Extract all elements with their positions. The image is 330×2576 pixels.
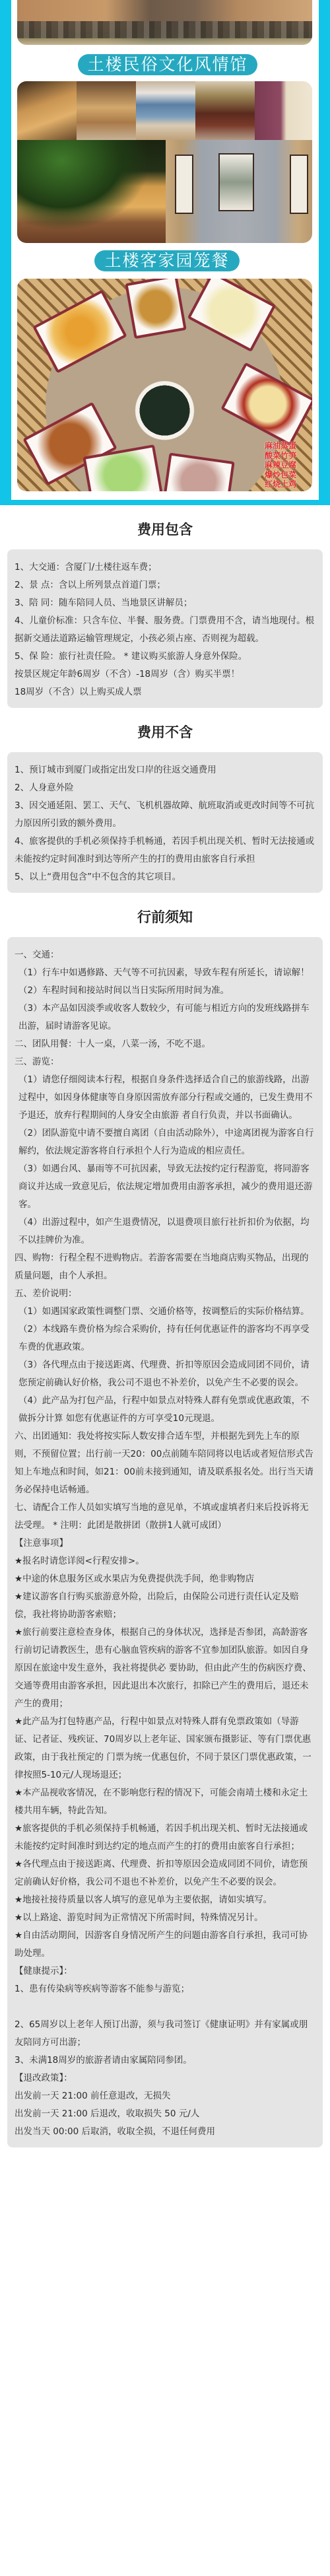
fee-included-item: 18周岁（不含）以上购买成人票 xyxy=(15,683,316,701)
notice-star-item: ★自由活动期间，因游客自身情况所产生的问题由游客自行承担，我司可协助处理。 xyxy=(15,1927,316,1963)
notice-star-item: ★报名时请您详阅<行程安排>。 xyxy=(15,1552,316,1570)
fee-included-section: 费用包含 1、大交通：含厦门/土楼往返车费； 2、景 点：含以上所列景点首道门票… xyxy=(0,518,330,708)
notice-heading: 七、请配合工作人员如实填写当地的意见单，不填或虚填者归来后投诉将无法受理。 * … xyxy=(15,1499,316,1535)
fee-excluded-item: 1、预订城市到厦门或指定出发口岸的往返交通费用 xyxy=(15,761,316,779)
menu-tag: 麻辣豆腐 xyxy=(265,460,296,470)
notice-star-item: ★本产品视收客情况，在不影响您行程的情况下，可能会南靖土楼和永定土楼共用车辆，特… xyxy=(15,1784,316,1820)
calligraphy-scroll xyxy=(175,155,193,214)
health-tip-item: 3、未满18周岁的旅游者请由家属陪同参团。 xyxy=(15,2052,316,2070)
fee-excluded-card: 1、预订城市到厦门或指定出发口岸的往返交通费用 2、人身意外险 3、因交通延阻、… xyxy=(7,752,323,893)
dish-egg xyxy=(220,363,312,446)
fee-included-item: 1、大交通：含厦门/土楼往返车费； xyxy=(15,559,316,576)
health-tip-item: 1、患有传染病等疾病等游客不能参与游览； xyxy=(15,1980,316,1998)
fee-included-item: 4、儿童价标准：只含车位、半餐、服务费。门票费用不含，请当地现付。根据新交通法道… xyxy=(15,612,316,648)
museum-photo-1 xyxy=(17,81,77,140)
menu-tag: 酸菜竹笋 xyxy=(265,451,296,461)
notice-heading: 四、购物：行程全程不进购物店。若游客需要在当地商店购买物品，出现的质量问题，由个… xyxy=(15,1249,316,1285)
refund-policy-item: 出发前一天 21:00 前任意退改，无损失 xyxy=(15,2087,316,2105)
museum-photo-5 xyxy=(255,81,312,140)
health-tip-item: 2、65周岁以上老年人预订出游，须与我司签订《健康证明》并有家属或朋友陪同方可出… xyxy=(15,2016,316,2052)
notice-star-item: ★旅行前要注意检查身体，根据自己的身体状况，选择是否参团，高龄游客行前切记请教医… xyxy=(15,1624,316,1713)
fee-included-card: 1、大交通：含厦门/土楼往返车费； 2、景 点：含以上所列景点首道门票； 3、陪… xyxy=(7,549,323,708)
fee-excluded-item: 2、人身意外险 xyxy=(15,779,316,797)
museum-photo-7 xyxy=(166,140,312,243)
menu-tags: 麻油蒸蛋 酸菜竹笋 麻辣豆腐 爆炒包菜 红烧土鸡 xyxy=(265,441,296,489)
museum-photo-6 xyxy=(17,140,166,243)
notice-heading: 二、团队用餐：十人一桌，八菜一汤，不吃不退。 xyxy=(15,1035,316,1053)
notice-subheading: 【健康提示】： xyxy=(15,1963,316,1980)
dish-meat xyxy=(162,452,234,491)
banner-meal: 土楼客家园笼餐 xyxy=(94,250,240,271)
notice-item: （2）车程时间和接站时间以当日实际所用时间为准。 xyxy=(15,982,316,1000)
notice-card: 一、交通： （1）行车中如遇修路、天气等不可抗因素，导致车程有所延长，请谅解！ … xyxy=(7,937,323,2147)
fee-excluded-item: 3、因交通延阻、罢工、天气、飞机机器故障、航班取消或更改时间等不可抗力原因所引致… xyxy=(15,797,316,833)
notice-item: （2）团队游览中请不要擅自离团（自由活动除外），中途离团视为游客自行解约，依法规… xyxy=(15,1125,316,1160)
landscape-painting xyxy=(218,153,254,211)
section-title-fee-excluded: 费用不含 xyxy=(0,721,330,744)
menu-tag: 麻油蒸蛋 xyxy=(265,441,296,451)
notice-item: （1）行车中如遇修路、天气等不可抗因素，导致车程有所延长，请谅解！ xyxy=(15,964,316,982)
fee-included-item: 按景区规定年龄6周岁（不含）-18周岁（含）购买半票！ xyxy=(15,666,316,683)
notice-subheading: 【退改政策】： xyxy=(15,2070,316,2087)
blank-line xyxy=(15,1998,316,2016)
fee-included-item: 3、陪 同：随车陪同人员、当地景区讲解员； xyxy=(15,594,316,612)
fee-excluded-item: 5、以上“费用包含”中不包含的其它项目。 xyxy=(15,868,316,886)
dish-tofu xyxy=(32,290,127,374)
notice-star-item: ★旅客提供的手机必须保持手机畅通，若因手机出现关机、暂时无法接通或未能按约定时间… xyxy=(15,1820,316,1856)
tulou-photo xyxy=(17,0,312,45)
notice-item: （4）此产品为打包产品，行程中如景点对特殊人群有免票或优惠政策，不做拆分计算 如… xyxy=(15,1392,316,1428)
fee-excluded-section: 费用不含 1、预订城市到厦门或指定出发口岸的往返交通费用 2、人身意外险 3、因… xyxy=(0,721,330,893)
notice-item: （4）出游过程中，如产生退费情况，以退费项目旅行社折扣价为依据，均不以挂牌价为准… xyxy=(15,1214,316,1249)
notice-heading: 六、出团通知：我处将按实际人数安排合适车型，并根据先到先上车的原则，不预留位置；… xyxy=(15,1428,316,1499)
stone-wall-image xyxy=(17,21,312,38)
museum-photo-4 xyxy=(195,81,255,140)
bottom-spacer xyxy=(0,2147,330,2167)
dish-fish xyxy=(125,279,187,339)
notice-item: （1）请您仔细阅读本行程，根据自身条件选择适合自己的旅游线路，出游过程中，如因身… xyxy=(15,1071,316,1125)
section-title-fee-included: 费用包含 xyxy=(0,518,330,541)
notice-item: （3）各代理点由于接送距离、代理费、折扣等原因会造成同团不同价，请您预定前确认好… xyxy=(15,1356,316,1392)
notice-heading: 一、交通： xyxy=(15,946,316,964)
notice-item: （3）本产品如因淡季或收客人数较少，有可能与相近方向的发班线路拼车出游，届时请游… xyxy=(15,1000,316,1035)
notice-subheading: 【注意事项】 xyxy=(15,1535,316,1552)
notice-star-item: ★各代理点由于接送距离、代理费、折扣等原因会造成同团不同价，请您预定前确认好价格… xyxy=(15,1856,316,1891)
notice-item: （1）如遇国家政策性调整门票、交通价格等，按调整后的实际价格结算。 （2）本线路… xyxy=(15,1303,316,1356)
section-title-notice: 行前须知 xyxy=(0,906,330,929)
banner-museum: 土楼民俗文化风情馆 xyxy=(78,54,257,75)
refund-policy-item: 出发前一天 21:00 后退改，收取损失 50 元/人 xyxy=(15,2105,316,2123)
menu-tag: 红烧土鸡 xyxy=(265,479,296,489)
menu-tag: 爆炒包菜 xyxy=(265,470,296,480)
notice-star-item: ★此产品为打包特惠产品，行程中如景点对特殊人群有免票政策如（导游证、记者证、残疾… xyxy=(15,1713,316,1784)
museum-photo-3 xyxy=(136,81,195,140)
fee-excluded-item: 4、旅客提供的手机必须保持手机畅通，若因手机出现关机、暂时无法接通或未能按约定时… xyxy=(15,833,316,868)
notice-heading: 五、差价说明： xyxy=(15,1285,316,1303)
notice-star-item: ★中途的休息服务区或水果店为免费提供洗手间，绝非购物店 xyxy=(15,1570,316,1588)
notice-star-item: ★建议游客自行购买旅游意外险，出险后，由保险公司进行责任认定及赔偿，我社将协助游… xyxy=(15,1588,316,1624)
calligraphy-scroll xyxy=(290,155,308,214)
fee-included-item: 2、景 点：含以上所列景点首道门票； xyxy=(15,576,316,594)
museum-collage xyxy=(17,81,312,243)
notice-star-item: ★地接社接待质量以客人填写的意见单为主要依据，请如实填写。 xyxy=(15,1891,316,1909)
notice-star-item: ★以上路途、游览时间为正常情况下所需时间，特殊情况另计。 xyxy=(15,1909,316,1927)
notice-item: （3）如遇台风、暴雨等不可抗因素，导致无法按约定行程游览，将同游客商议并达成一致… xyxy=(15,1160,316,1214)
travel-notice-section: 行前须知 一、交通： （1）行车中如遇修路、天气等不可抗因素，导致车程有所延长，… xyxy=(0,906,330,2167)
hero-gallery: 土楼民俗文化风情馆 土楼客家园笼餐 麻油蒸蛋 酸菜竹笋 麻辣豆腐 爆炒包菜 红烧… xyxy=(0,0,330,505)
notice-heading: 三、游览： xyxy=(15,1053,316,1071)
refund-policy-item: 出发当天 00:00 后取消，收取全损，不退任何费用 xyxy=(15,2123,316,2141)
fee-included-item: 5、保 险：旅行社责任险。 * 建议购买旅游人身意外保险。 xyxy=(15,648,316,666)
dish-bamboo xyxy=(187,279,277,352)
steamer-meal-photo: 麻油蒸蛋 酸菜竹笋 麻辣豆腐 爆炒包菜 红烧土鸡 xyxy=(17,279,312,491)
museum-photo-2 xyxy=(77,81,136,140)
